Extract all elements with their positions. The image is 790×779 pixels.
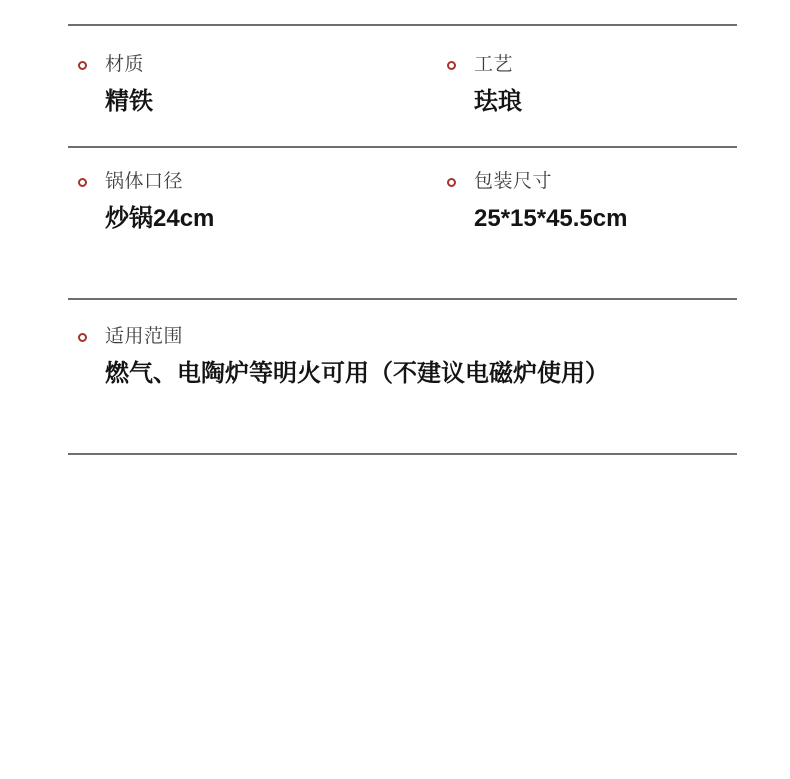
- spec-label-row: 包装尺寸: [447, 172, 627, 192]
- spec-label: 适用范围: [105, 327, 183, 347]
- spec-value: 精铁: [105, 87, 153, 117]
- spec-label-row: 工艺: [447, 55, 522, 75]
- bullet-icon: [78, 61, 87, 70]
- bullet-icon: [78, 333, 87, 342]
- divider: [68, 298, 737, 300]
- spec-item-material: 材质 精铁: [78, 55, 153, 117]
- spec-label: 材质: [105, 55, 144, 75]
- divider: [68, 453, 737, 455]
- spec-value: 燃气、电陶炉等明火可用（不建议电磁炉使用）: [105, 359, 609, 389]
- spec-label-row: 材质: [78, 55, 153, 75]
- spec-item-package-size: 包装尺寸 25*15*45.5cm: [447, 172, 627, 234]
- spec-item-applicable-range: 适用范围 燃气、电陶炉等明火可用（不建议电磁炉使用）: [78, 327, 609, 389]
- spec-value: 珐琅: [474, 87, 522, 117]
- spec-item-pot-diameter: 锅体口径 炒锅24cm: [78, 172, 214, 234]
- bullet-icon: [447, 61, 456, 70]
- divider: [68, 24, 737, 26]
- spec-label: 工艺: [474, 55, 513, 75]
- spec-item-craft: 工艺 珐琅: [447, 55, 522, 117]
- spec-label-row: 适用范围: [78, 327, 609, 347]
- divider: [68, 146, 737, 148]
- spec-label: 包装尺寸: [474, 172, 552, 192]
- spec-label: 锅体口径: [105, 172, 183, 192]
- spec-value: 25*15*45.5cm: [474, 204, 627, 234]
- bullet-icon: [447, 178, 456, 187]
- product-spec-panel: 材质 精铁 工艺 珐琅 锅体口径 炒锅24cm 包装尺寸 25*15*45.5c…: [0, 0, 790, 779]
- bullet-icon: [78, 178, 87, 187]
- spec-value: 炒锅24cm: [105, 204, 214, 234]
- spec-label-row: 锅体口径: [78, 172, 214, 192]
